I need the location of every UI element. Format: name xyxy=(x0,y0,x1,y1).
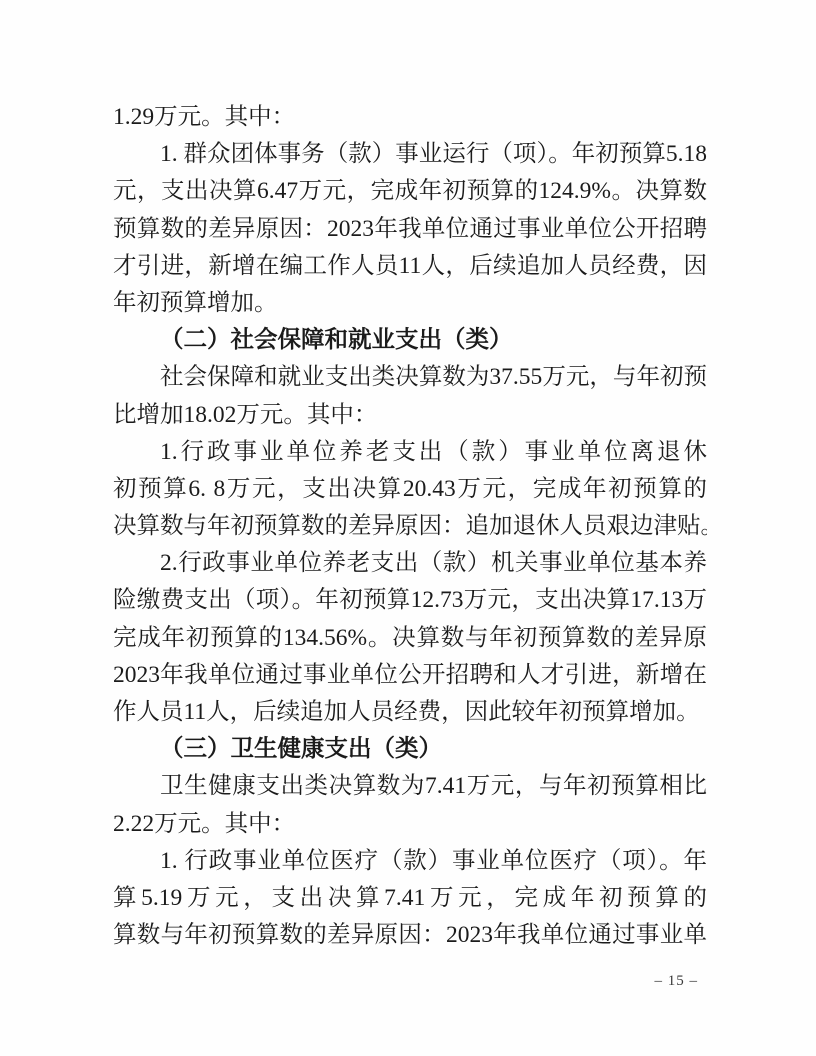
text-line: 算5.19万元，支出决算7.41万元，完成年初预算的142.77%。决 xyxy=(113,880,707,917)
text-line: 比增加18.02万元。其中： xyxy=(113,397,707,434)
document-page: 1.29万元。其中：1. 群众团体事务（款）事业运行（项）。年初预算5.18万元… xyxy=(0,0,816,1056)
text-line: 1. 行政事业单位医疗（款）事业单位医疗（项）。年初预 xyxy=(113,843,707,880)
text-line: 完成年初预算的134.56%。决算数与年初预算数的差异原因： xyxy=(113,620,707,657)
text-line: 1. 群众团体事务（款）事业运行（项）。年初预算5.18万 xyxy=(113,136,707,173)
text-line: 卫生健康支出类决算数为7.41万元，与年初预算相比增加 xyxy=(113,768,707,805)
text-line: 作人员11人，后续追加人员经费，因此较年初预算增加。 xyxy=(113,694,707,731)
text-line: 初预算6. 8万元，支出决算20.43万元，完成年初预算的300.44%。 xyxy=(113,471,707,508)
text-line: 预算数的差异原因：2023年我单位通过事业单位公开招聘和人 xyxy=(113,211,707,248)
text-line: 2023年我单位通过事业单位公开招聘和人才引进，新增在编工 xyxy=(113,657,707,694)
page-body: 1.29万元。其中：1. 群众团体事务（款）事业运行（项）。年初预算5.18万元… xyxy=(113,99,707,954)
text-line: 1.29万元。其中： xyxy=(113,99,707,136)
text-line: 社会保障和就业支出类决算数为37.55万元，与年初预算相 xyxy=(113,359,707,396)
section-heading: （二）社会保障和就业支出（类） xyxy=(113,322,707,359)
text-line: 决算数与年初预算数的差异原因：追加退休人员艰边津贴。 xyxy=(113,508,707,545)
text-line: 才引进，新增在编工作人员11人，后续追加人员经费，因此较 xyxy=(113,248,707,285)
page-number: – 15 – xyxy=(655,971,699,991)
text-line: 2.22万元。其中： xyxy=(113,806,707,843)
text-line: 险缴费支出（项）。年初预算12.73万元，支出决算17.13万元， xyxy=(113,582,707,619)
text-line: 算数与年初预算数的差异原因：2023年我单位通过事业单位公 xyxy=(113,917,707,954)
text-line: 元，支出决算6.47万元，完成年初预算的124.9%。决算数与年初 xyxy=(113,173,707,210)
text-line: 1.行政事业单位养老支出（款）事业单位离退休（项）。年 xyxy=(113,434,707,471)
text-line: 2.行政事业单位养老支出（款）机关事业单位基本养老保 xyxy=(113,545,707,582)
text-line: 年初预算增加。 xyxy=(113,285,707,322)
section-heading: （三）卫生健康支出（类） xyxy=(113,731,707,768)
